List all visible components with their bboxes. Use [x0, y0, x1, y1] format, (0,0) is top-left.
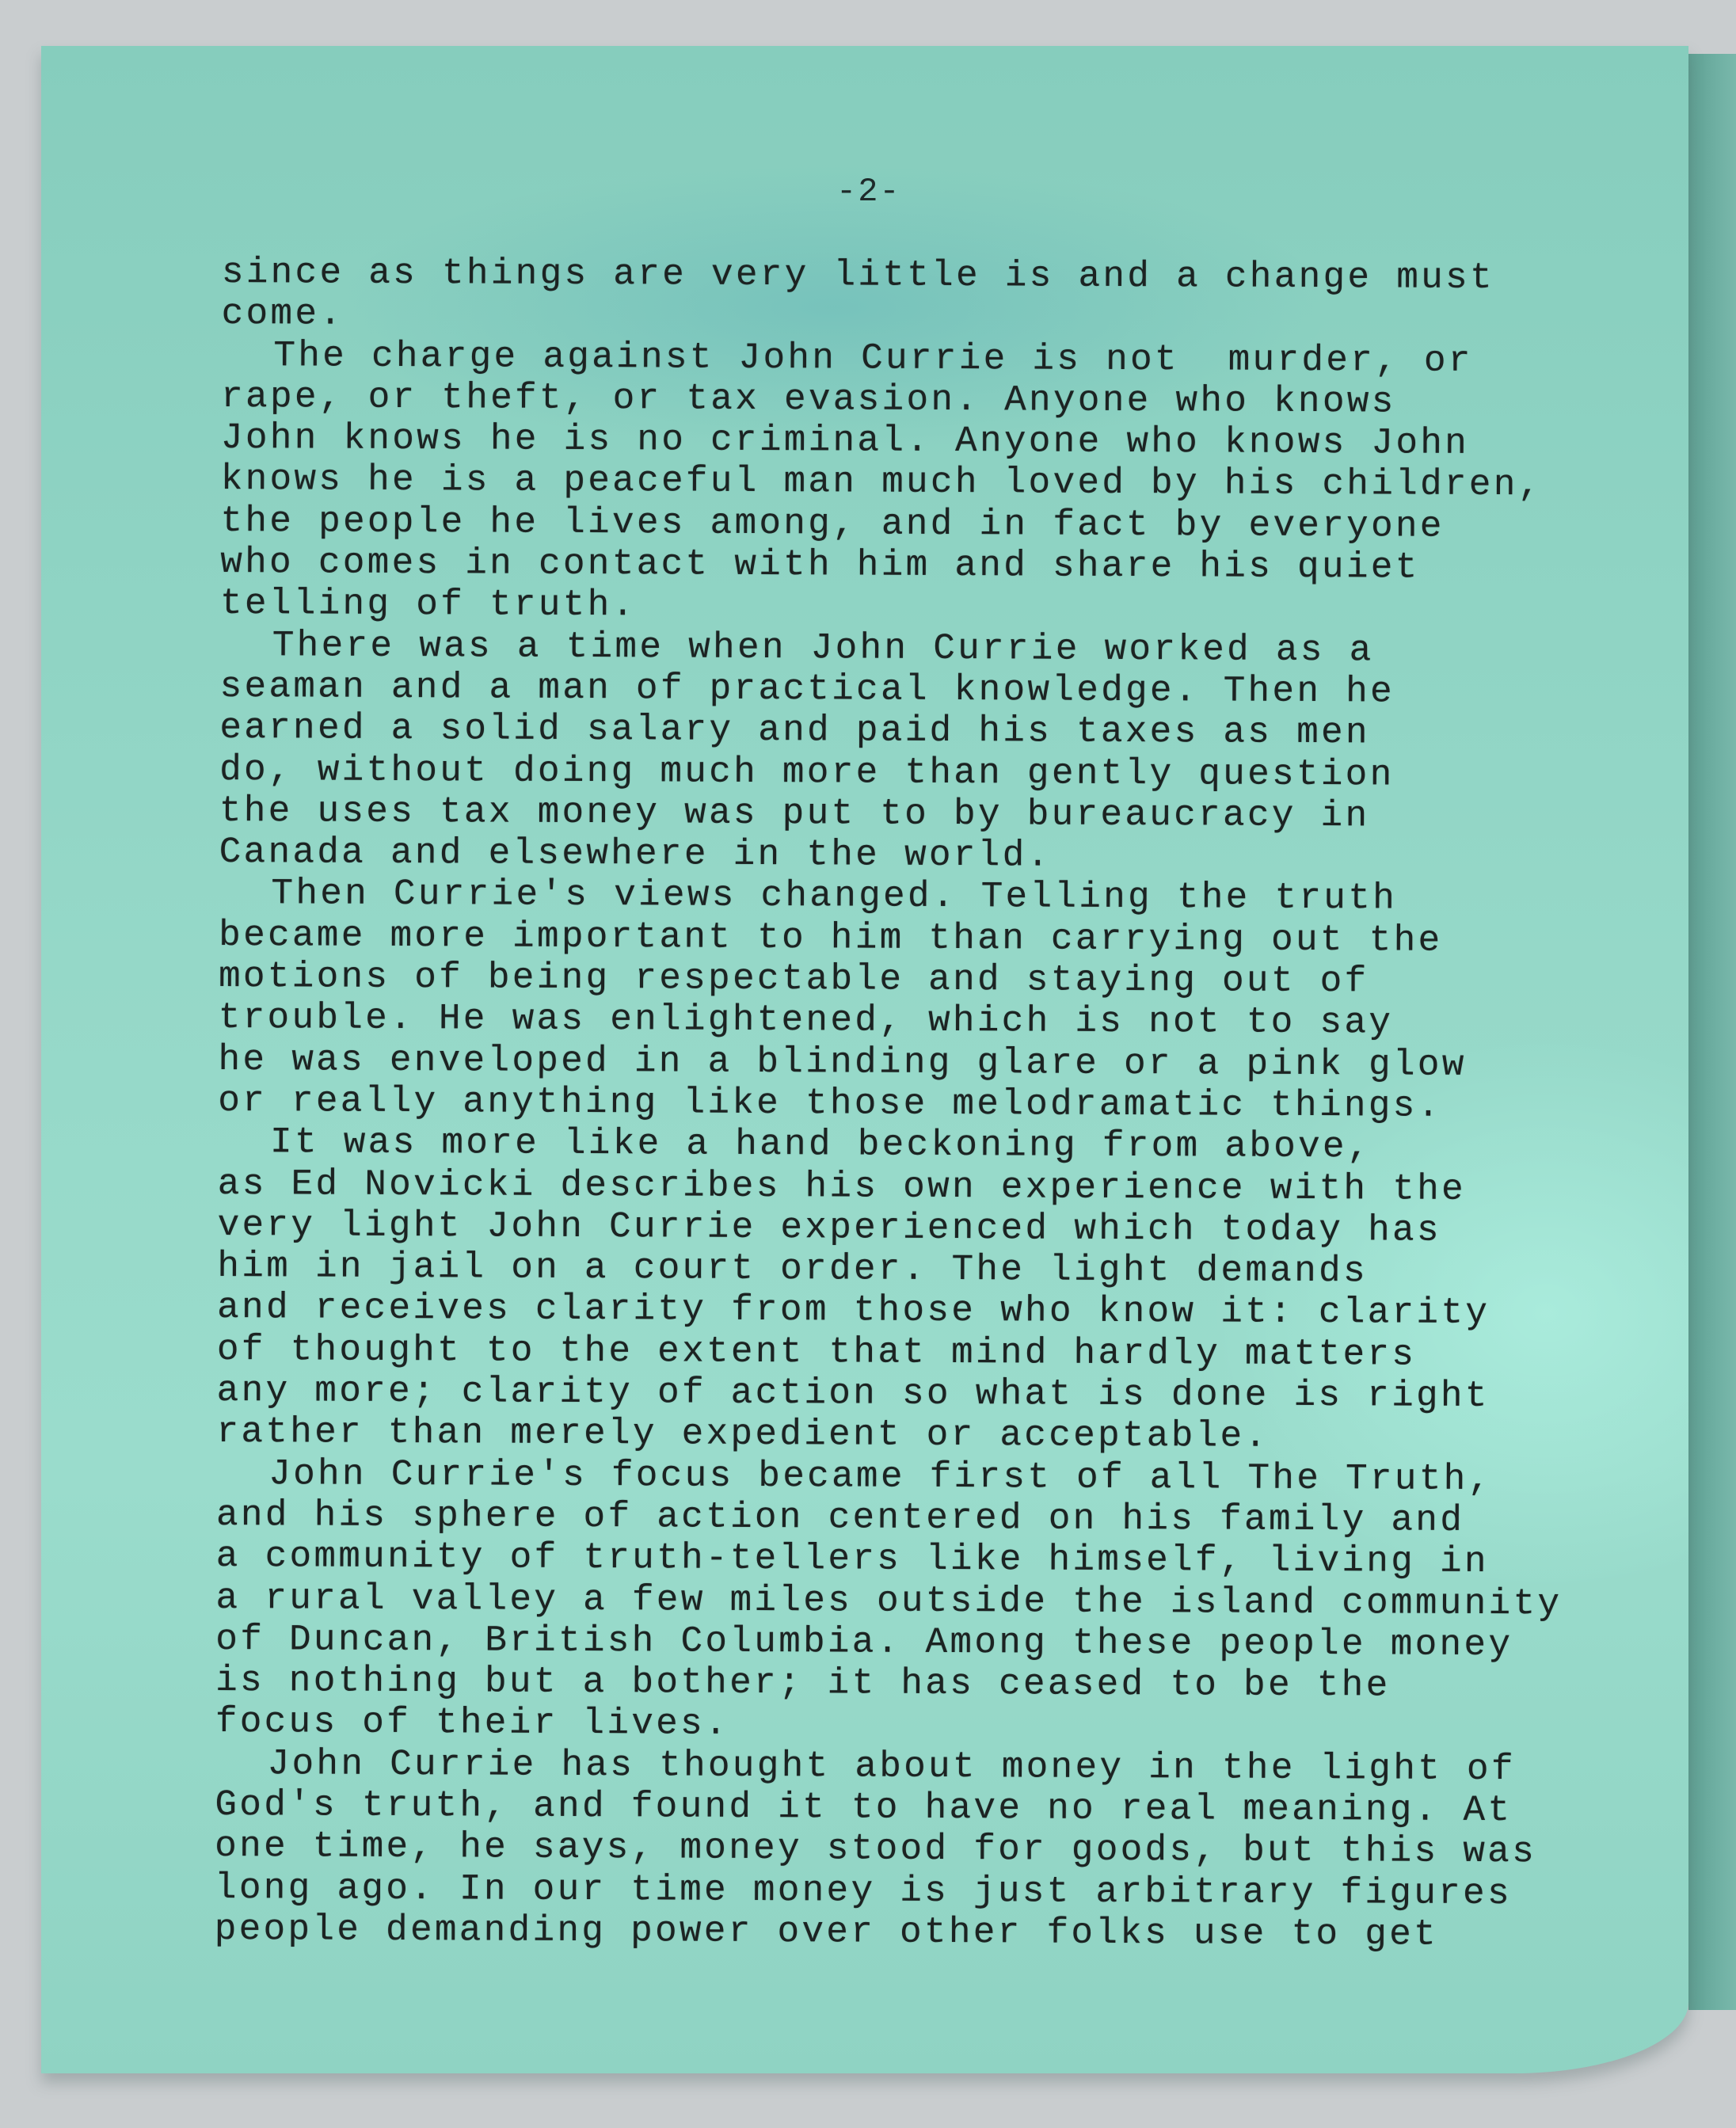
- text-line: telling of truth.: [220, 583, 1614, 630]
- text-line: a rural valley a few miles outside the i…: [215, 1577, 1609, 1624]
- text-line: of Duncan, British Columbia. Among these…: [215, 1619, 1609, 1666]
- paragraph: John Currie's focus became first of all …: [215, 1453, 1611, 1749]
- text-line: any more; clarity of action so what is d…: [217, 1370, 1611, 1418]
- text-line: rather than merely expedient or acceptab…: [216, 1411, 1610, 1459]
- text-line: John Currie has thought about money in t…: [215, 1743, 1609, 1791]
- text-line: focus of their lives.: [215, 1701, 1609, 1749]
- text-line: or really anything like those melodramat…: [218, 1080, 1612, 1128]
- text-line: It was more like a hand beckoning from a…: [218, 1121, 1612, 1169]
- text-line: come.: [222, 293, 1616, 341]
- text-line: since as things are very little is and a…: [222, 252, 1616, 299]
- text-line: rape, or theft, or tax evasion. Anyone w…: [221, 376, 1615, 424]
- text-line: one time, he says, money stood for goods…: [215, 1825, 1608, 1873]
- paragraph: There was a time when John Currie worked…: [219, 625, 1614, 879]
- page-number: -2-: [836, 173, 901, 211]
- text-line: and his sphere of action centered on his…: [216, 1494, 1610, 1542]
- text-line: became more important to him than carryi…: [219, 915, 1612, 962]
- text-line: do, without doing much more than gently …: [219, 749, 1613, 797]
- text-line: of thought to the extent that mind hardl…: [217, 1329, 1611, 1376]
- text-line: he was enveloped in a blinding glare or …: [218, 1039, 1612, 1087]
- paragraph: It was more like a hand beckoning from a…: [216, 1121, 1612, 1459]
- paragraph: John Currie has thought about money in t…: [215, 1743, 1609, 1956]
- text-line: trouble. He was enlightened, which is no…: [219, 997, 1612, 1045]
- text-line: long ago. In our time money is just arbi…: [215, 1867, 1608, 1915]
- text-line: as Ed Novicki describes his own experien…: [218, 1163, 1612, 1211]
- body-text: since as things are very little is and a…: [215, 252, 1616, 1956]
- text-line: Canada and elsewhere in the world.: [219, 832, 1613, 879]
- text-line: The charge against John Currie is not mu…: [221, 335, 1615, 383]
- text-line: Then Currie's views changed. Telling the…: [219, 873, 1612, 920]
- text-line: John knows he is no criminal. Anyone who…: [221, 417, 1615, 465]
- text-line: very light John Currie experienced which…: [218, 1205, 1612, 1252]
- text-line: seaman and a man of practical knowledge.…: [219, 666, 1613, 714]
- text-line: people demanding power over other folks …: [215, 1909, 1608, 1956]
- text-line: There was a time when John Currie worked…: [220, 625, 1614, 672]
- text-line: the people he lives among, and in fact b…: [220, 501, 1614, 548]
- text-line: who comes in contact with him and share …: [220, 542, 1614, 589]
- next-page-edge: [1688, 54, 1736, 2010]
- text-line: John Currie's focus became first of all …: [216, 1453, 1610, 1501]
- text-line: God's truth, and found it to have no rea…: [215, 1784, 1608, 1832]
- text-line: him in jail on a court order. The light …: [217, 1246, 1611, 1293]
- text-line: a community of truth-tellers like himsel…: [216, 1536, 1610, 1583]
- paragraph: The charge against John Currie is not mu…: [220, 335, 1616, 631]
- text-line: the uses tax money was put to by bureauc…: [219, 790, 1613, 838]
- text-line: motions of being respectable and staying…: [219, 956, 1612, 1003]
- text-line: is nothing but a bother; it has ceased t…: [215, 1660, 1609, 1707]
- paragraph: since as things are very little is and a…: [222, 252, 1616, 341]
- paragraph: Then Currie's views changed. Telling the…: [218, 873, 1612, 1127]
- text-line: earned a solid salary and paid his taxes…: [219, 707, 1613, 755]
- text-line: knows he is a peaceful man much loved by…: [221, 459, 1615, 506]
- text-line: and receives clarity from those who know…: [217, 1287, 1611, 1334]
